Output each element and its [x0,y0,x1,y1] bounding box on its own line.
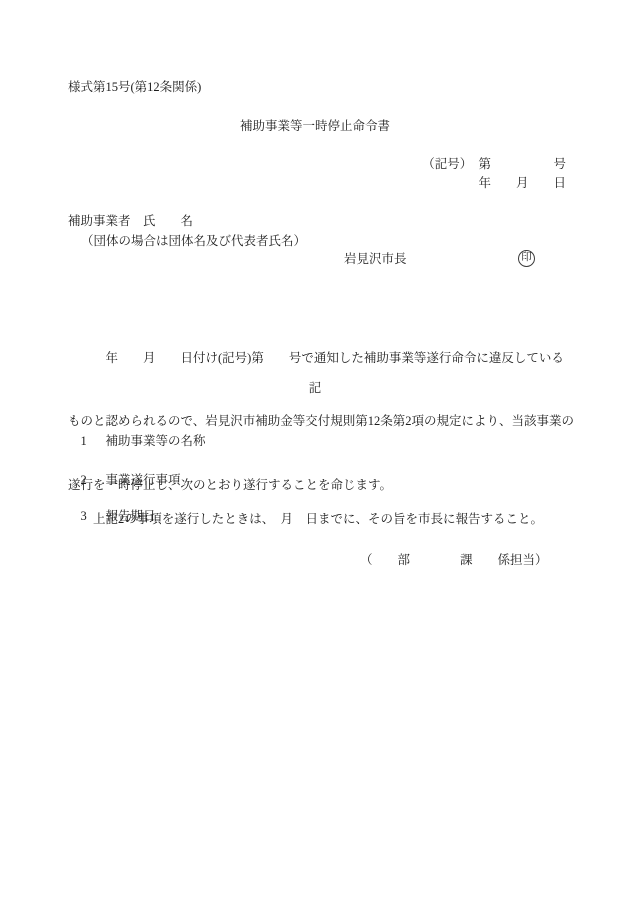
date-line: 年 月 日 [478,176,566,191]
item-number: 2 [81,473,106,488]
addressee-line: 補助事業者 氏 名 [68,214,193,229]
document-title: 補助事業等一時停止命令書 [0,119,630,134]
form-number-note: 様式第15号(第12条関係) [68,80,201,95]
addressee-note: （団体の場合は団体名及び代表者氏名） [81,234,306,249]
document-number-line: （記号） 第 号 [422,157,566,172]
item-3-detail: 上記2の事項を遂行したときは、 月 日までに、その旨を市長に報告すること。 [93,512,543,527]
document-page: 様式第15号(第12条関係) 補助事業等一時停止命令書 （記号） 第 号 年 月… [0,0,630,916]
item-number: 1 [81,434,106,449]
footer-contact-note: （ 部 課 係担当） [360,553,548,568]
seal-stamp-icon: 印 [518,250,535,267]
item-label: 事業遂行事項 [106,473,181,487]
item-label: 補助事業等の名称 [106,434,206,448]
body-line: 年 月 日付け(記号)第 号で通知した補助事業等遂行命令に違反している [68,348,608,369]
record-marker: 記 [0,381,630,396]
seal-label: 印 [521,253,532,264]
issuer-name: 岩見沢市長 [344,252,407,267]
